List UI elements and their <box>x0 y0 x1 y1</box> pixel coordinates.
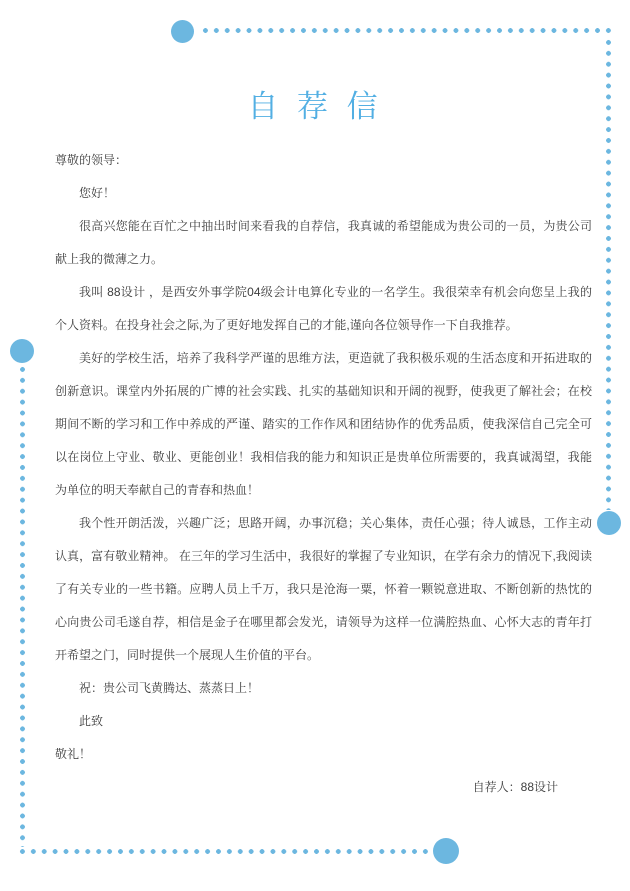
letter-title: 自 荐 信 <box>0 81 630 126</box>
accent-circle-top-icon <box>171 20 194 43</box>
paragraph-4: 我个性开朗活泼，兴趣广泛；思路开阔，办事沉稳；关心集体，责任心强；待人诚恳，工作… <box>55 507 592 672</box>
dotted-border-bottom <box>17 849 431 854</box>
salute-line: 敬礼！ <box>55 738 592 771</box>
paragraph-2: 我叫 88设计 ，是西安外事学院04级会计电算化专业的一名学生。我很荣幸有机会向… <box>55 276 592 342</box>
wish-line: 祝：贵公司飞黄腾达、蒸蒸日上！ <box>55 672 592 705</box>
paragraph-1: 很高兴您能在百忙之中抽出时间来看我的自荐信，我真诚的希望能成为贵公司的一员，为贵… <box>55 210 592 276</box>
paragraph-3: 美好的学校生活，培养了我科学严谨的思维方法，更造就了我积极乐观的生活态度和开拓进… <box>55 342 592 507</box>
salutation: 尊敬的领导： <box>55 144 592 177</box>
accent-circle-bottom-icon <box>433 838 459 864</box>
accent-circle-right-icon <box>597 511 621 535</box>
dotted-border-top <box>200 28 614 33</box>
closing-line: 此致 <box>55 705 592 738</box>
signature-line: 自荐人：88设计 <box>55 771 592 804</box>
letter-page: 自 荐 信 尊敬的领导： 您好！ 很高兴您能在百忙之中抽出时间来看我的自荐信，我… <box>0 0 630 891</box>
letter-body: 尊敬的领导： 您好！ 很高兴您能在百忙之中抽出时间来看我的自荐信，我真诚的希望能… <box>55 144 592 804</box>
greeting: 您好！ <box>55 177 592 210</box>
accent-circle-left-icon <box>10 339 34 363</box>
dotted-border-left <box>20 364 25 847</box>
